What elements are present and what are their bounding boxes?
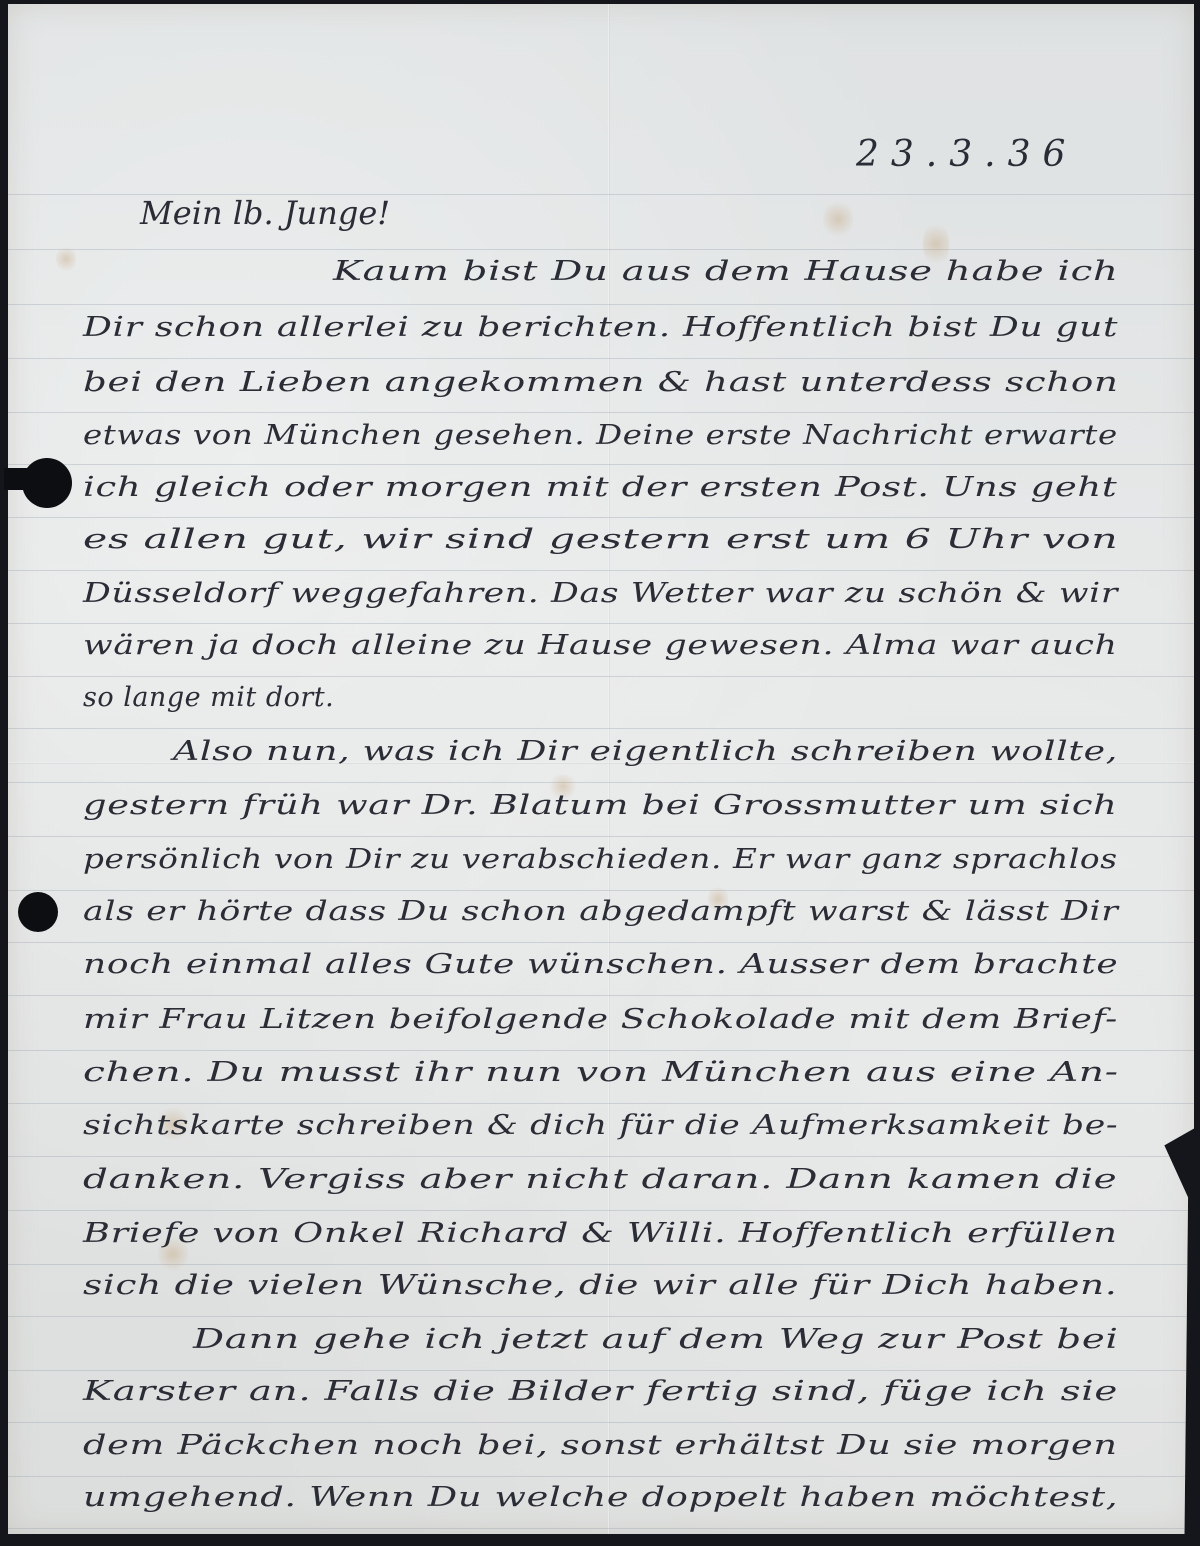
ruled-line [8, 942, 1194, 943]
ruled-line [8, 358, 1194, 359]
ruled-line [8, 1050, 1194, 1051]
letter-line: danken. Vergiss aber nicht daran. Dann k… [83, 1164, 1117, 1195]
ruled-line [8, 782, 1194, 783]
letter-line: etwas von München gesehen. Deine erste N… [83, 420, 1118, 451]
ruled-line [8, 995, 1194, 996]
ruled-line [8, 1528, 1194, 1529]
ruled-line [8, 1370, 1194, 1371]
ruled-line [8, 1316, 1194, 1317]
letter-line: mir Frau Litzen beifolgende Schokolade m… [83, 1004, 1118, 1035]
letter-line: Also nun, was ich Dir eigentlich schreib… [173, 736, 1118, 767]
letter-line: Düsseldorf weggefahren. Das Wetter war z… [83, 578, 1118, 609]
ruled-line [8, 676, 1194, 677]
ruled-line [8, 1422, 1194, 1423]
ruled-line [8, 1210, 1194, 1211]
letter-line: Briefe von Onkel Richard & Willi. Hoffen… [83, 1218, 1118, 1249]
age-stain [823, 199, 853, 239]
letter-date: 23.3.36 [856, 134, 1077, 175]
letter-line: so lange mit dort. [83, 682, 334, 713]
age-stain [56, 244, 76, 274]
ruled-line [8, 1156, 1194, 1157]
letter-line: sich die vielen Wünsche, die wir alle fü… [83, 1270, 1117, 1301]
ruled-line [8, 1103, 1194, 1104]
letter-line: bei den Lieben angekommen & hast unterde… [83, 367, 1119, 398]
letter-line: chen. Du musst ihr nun von München aus e… [83, 1057, 1119, 1088]
ruled-line [8, 890, 1194, 891]
vertical-fold-crease [608, 4, 610, 1534]
letter-line: ich gleich oder morgen mit der ersten Po… [83, 472, 1117, 503]
letter-line: gestern früh war Dr. Blatum bei Grossmut… [83, 790, 1118, 821]
letter-line: wären ja doch alleine zu Hause gewesen. … [83, 630, 1118, 661]
ruled-line [8, 464, 1194, 465]
letter-paper: 23.3.36 Mein lb. Junge! Kaum bist Du aus… [8, 4, 1194, 1534]
letter-line: als er hörte dass Du schon abgedampft wa… [83, 896, 1119, 927]
letter-line: es allen gut, wir sind gestern erst um 6… [83, 524, 1118, 555]
letter-line: Karster an. Falls die Bilder fertig sind… [83, 1376, 1118, 1407]
punch-hole [18, 892, 58, 932]
ruled-line [8, 412, 1194, 413]
letter-line: noch einmal alles Gute wünschen. Ausser … [83, 949, 1118, 980]
ruled-line [8, 570, 1194, 571]
letter-line: umgehend. Wenn Du welche doppelt haben m… [83, 1482, 1118, 1513]
punch-hole-tear [4, 468, 34, 490]
letter-line: dem Päckchen noch bei, sonst erhältst Du… [83, 1430, 1118, 1461]
ruled-line [8, 836, 1194, 837]
ruled-line [8, 623, 1194, 624]
letter-line: sichtskarte schreiben & dich für die Auf… [83, 1110, 1118, 1141]
letter-line: persönlich von Dir zu verabschieden. Er … [83, 844, 1118, 875]
letter-line: Dir schon allerlei zu berichten. Hoffent… [83, 312, 1118, 343]
letter-salutation: Mein lb. Junge! [140, 194, 390, 232]
ruled-line [8, 517, 1194, 518]
ruled-line [8, 249, 1194, 250]
ruled-line [8, 728, 1194, 729]
letter-line: Dann gehe ich jetzt auf dem Weg zur Post… [193, 1324, 1119, 1355]
ruled-line [8, 304, 1194, 305]
ruled-line [8, 1476, 1194, 1477]
letter-line: Kaum bist Du aus dem Hause habe ich [333, 256, 1119, 287]
